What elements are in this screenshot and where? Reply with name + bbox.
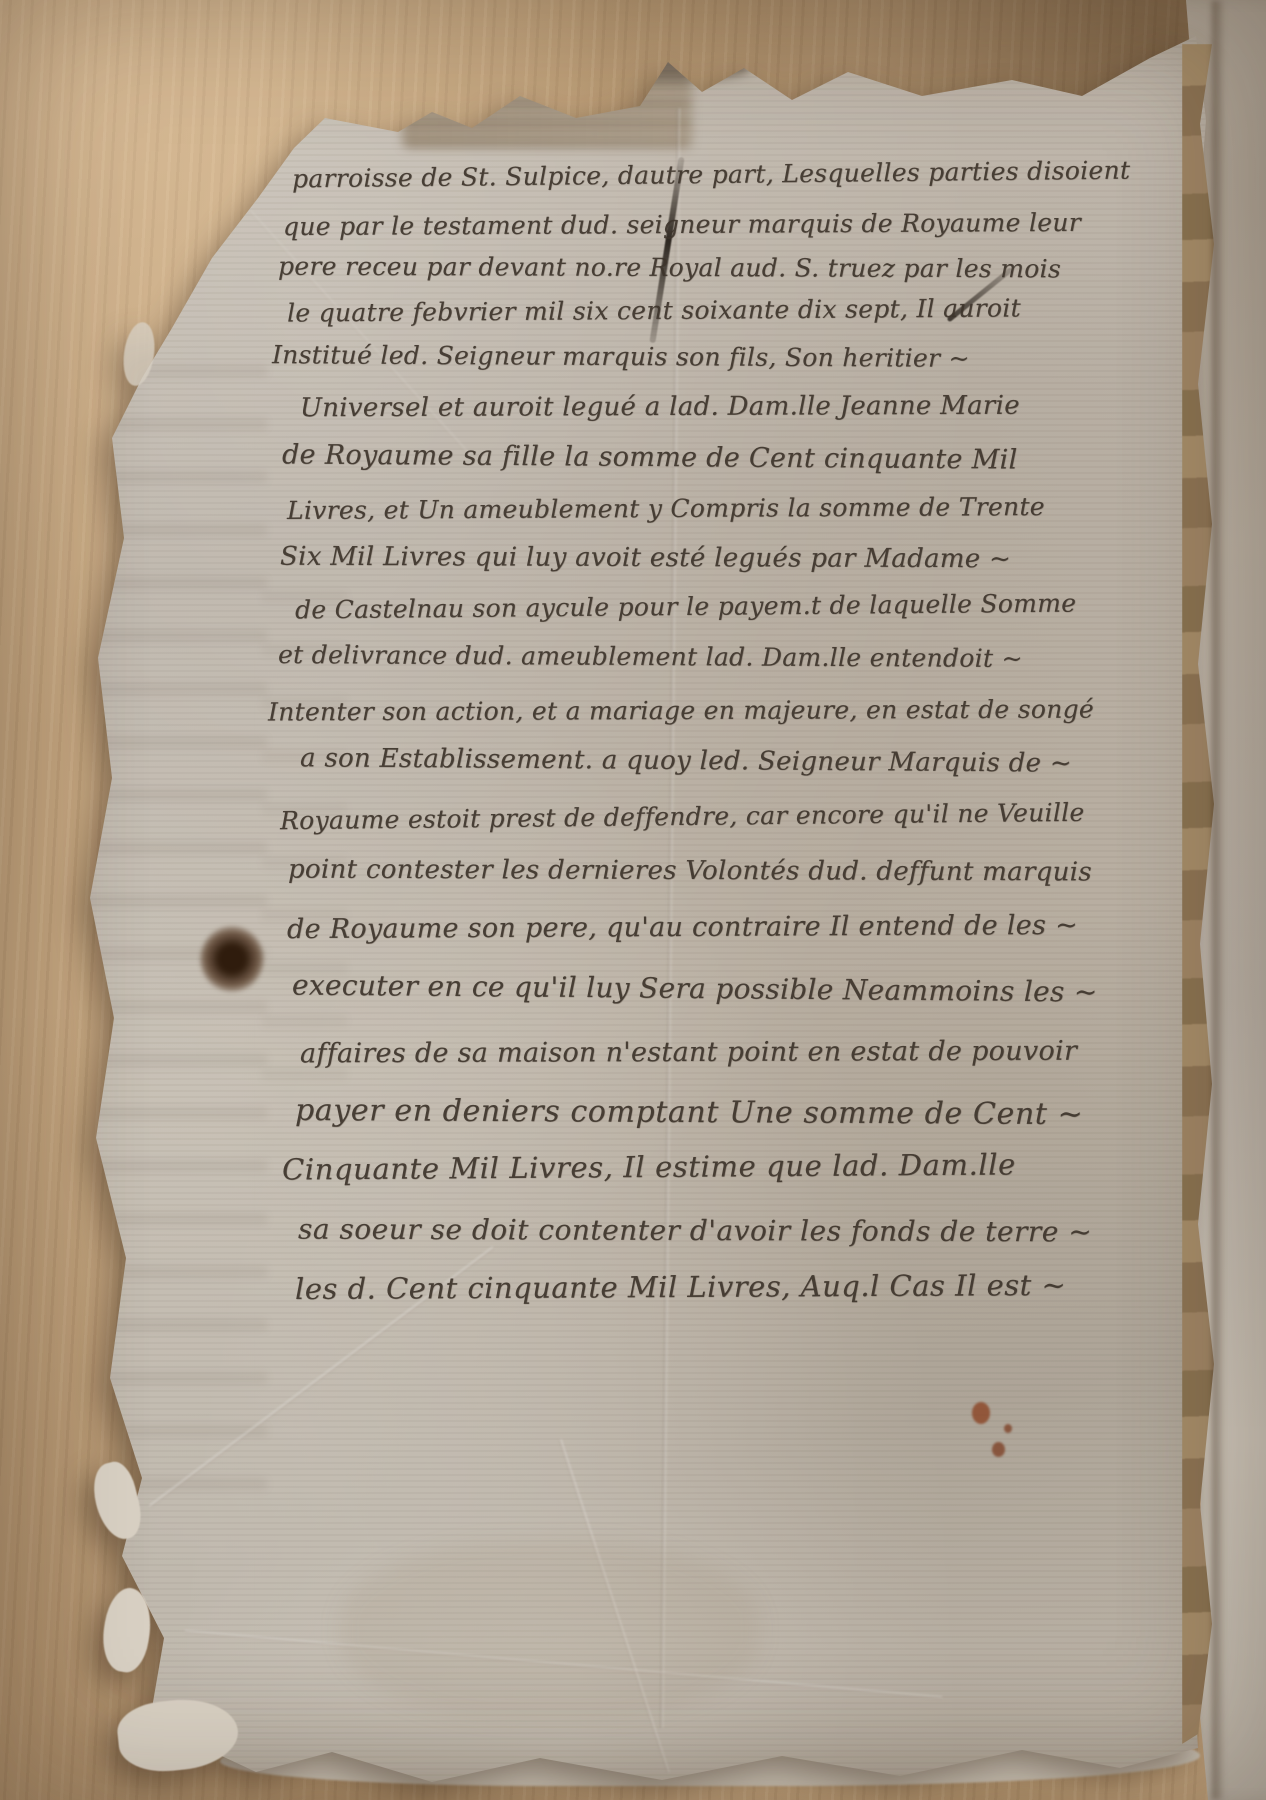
manuscript-line: Six Mil Livres qui luy avoit esté legués… — [280, 542, 1011, 575]
paper-crease — [249, 210, 471, 457]
manuscript-line: Cinquante Mil Livres, Il estime que lad.… — [282, 1147, 1016, 1186]
manuscript-line: et delivrance dud. ameublement lad. Dam.… — [278, 640, 1023, 673]
manuscript-line: Intenter son action, et a mariage en maj… — [268, 695, 1094, 727]
ink-blot-stain — [200, 926, 264, 992]
manuscript-line: Livres, et Un ameublement y Compris la s… — [287, 492, 1045, 525]
manuscript-page: parroisse de St. Sulpice, dautre part, L… — [0, 0, 1266, 1800]
manuscript-line: de Royaume son pere, qu'au contraire Il … — [287, 910, 1078, 945]
manuscript-page-wrap: parroisse de St. Sulpice, dautre part, L… — [0, 0, 1266, 1800]
stain-speck — [286, 92, 295, 101]
stain-speck — [258, 62, 276, 74]
bleed-through-text — [262, 560, 347, 1080]
paper-crease — [185, 1630, 942, 1699]
paper-crease — [559, 1439, 670, 1773]
manuscript-line: payer en deniers comptant Une somme de C… — [295, 1093, 1084, 1132]
center-fold-crease — [660, 108, 681, 1728]
manuscript-line: de Castelnau son aycule pour le payem.t … — [295, 589, 1077, 625]
soft-discoloration — [340, 1540, 760, 1720]
ink-smear — [946, 267, 1013, 322]
manuscript-line: sa soeur se doit contenter d'avoir les f… — [298, 1213, 1092, 1249]
manuscript-line: affaires de sa maison n'estant point en … — [300, 1036, 1077, 1070]
rust-spot — [1004, 1424, 1012, 1433]
manuscript-line: les d. Cent cinquante Mil Livres, Auq.l … — [295, 1268, 1066, 1306]
manuscript-line: a son Establissement. a quoy led. Seigne… — [300, 743, 1072, 778]
rust-spot — [972, 1402, 990, 1424]
manuscript-line: que par le testament dud. seigneur marqu… — [283, 208, 1081, 241]
manuscript-line: point contester les dernieres Volontés d… — [288, 855, 1092, 888]
photo-of-manuscript: parroisse de St. Sulpice, dautre part, L… — [0, 0, 1266, 1800]
manuscript-line: Royaume estoit prest de deffendre, car e… — [280, 798, 1085, 835]
manuscript-line: Institué led. Seigneur marquis son fils,… — [272, 340, 970, 373]
manuscript-line: Universel et auroit legué a lad. Dam.lle… — [300, 391, 1020, 424]
ink-smear — [649, 157, 684, 344]
page-seam-shadow — [1212, 0, 1224, 1800]
rust-spot — [992, 1442, 1005, 1457]
manuscript-line: le quatre febvrier mil six cent soixante… — [287, 293, 1021, 327]
manuscript-line: parroisse de St. Sulpice, dautre part, L… — [292, 156, 1131, 194]
manuscript-line: executer en ce qu'il luy Sera possible N… — [292, 968, 1098, 1008]
manuscript-line: de Royaume sa fille la somme de Cent cin… — [282, 439, 1018, 475]
faded-stamp — [402, 78, 692, 148]
manuscript-line: pere receu par devant no.re Royal aud. S… — [278, 252, 1061, 284]
bleed-through-text — [42, 340, 267, 1490]
top-edge-shadow — [580, 50, 750, 80]
paper-crease — [149, 1247, 494, 1508]
